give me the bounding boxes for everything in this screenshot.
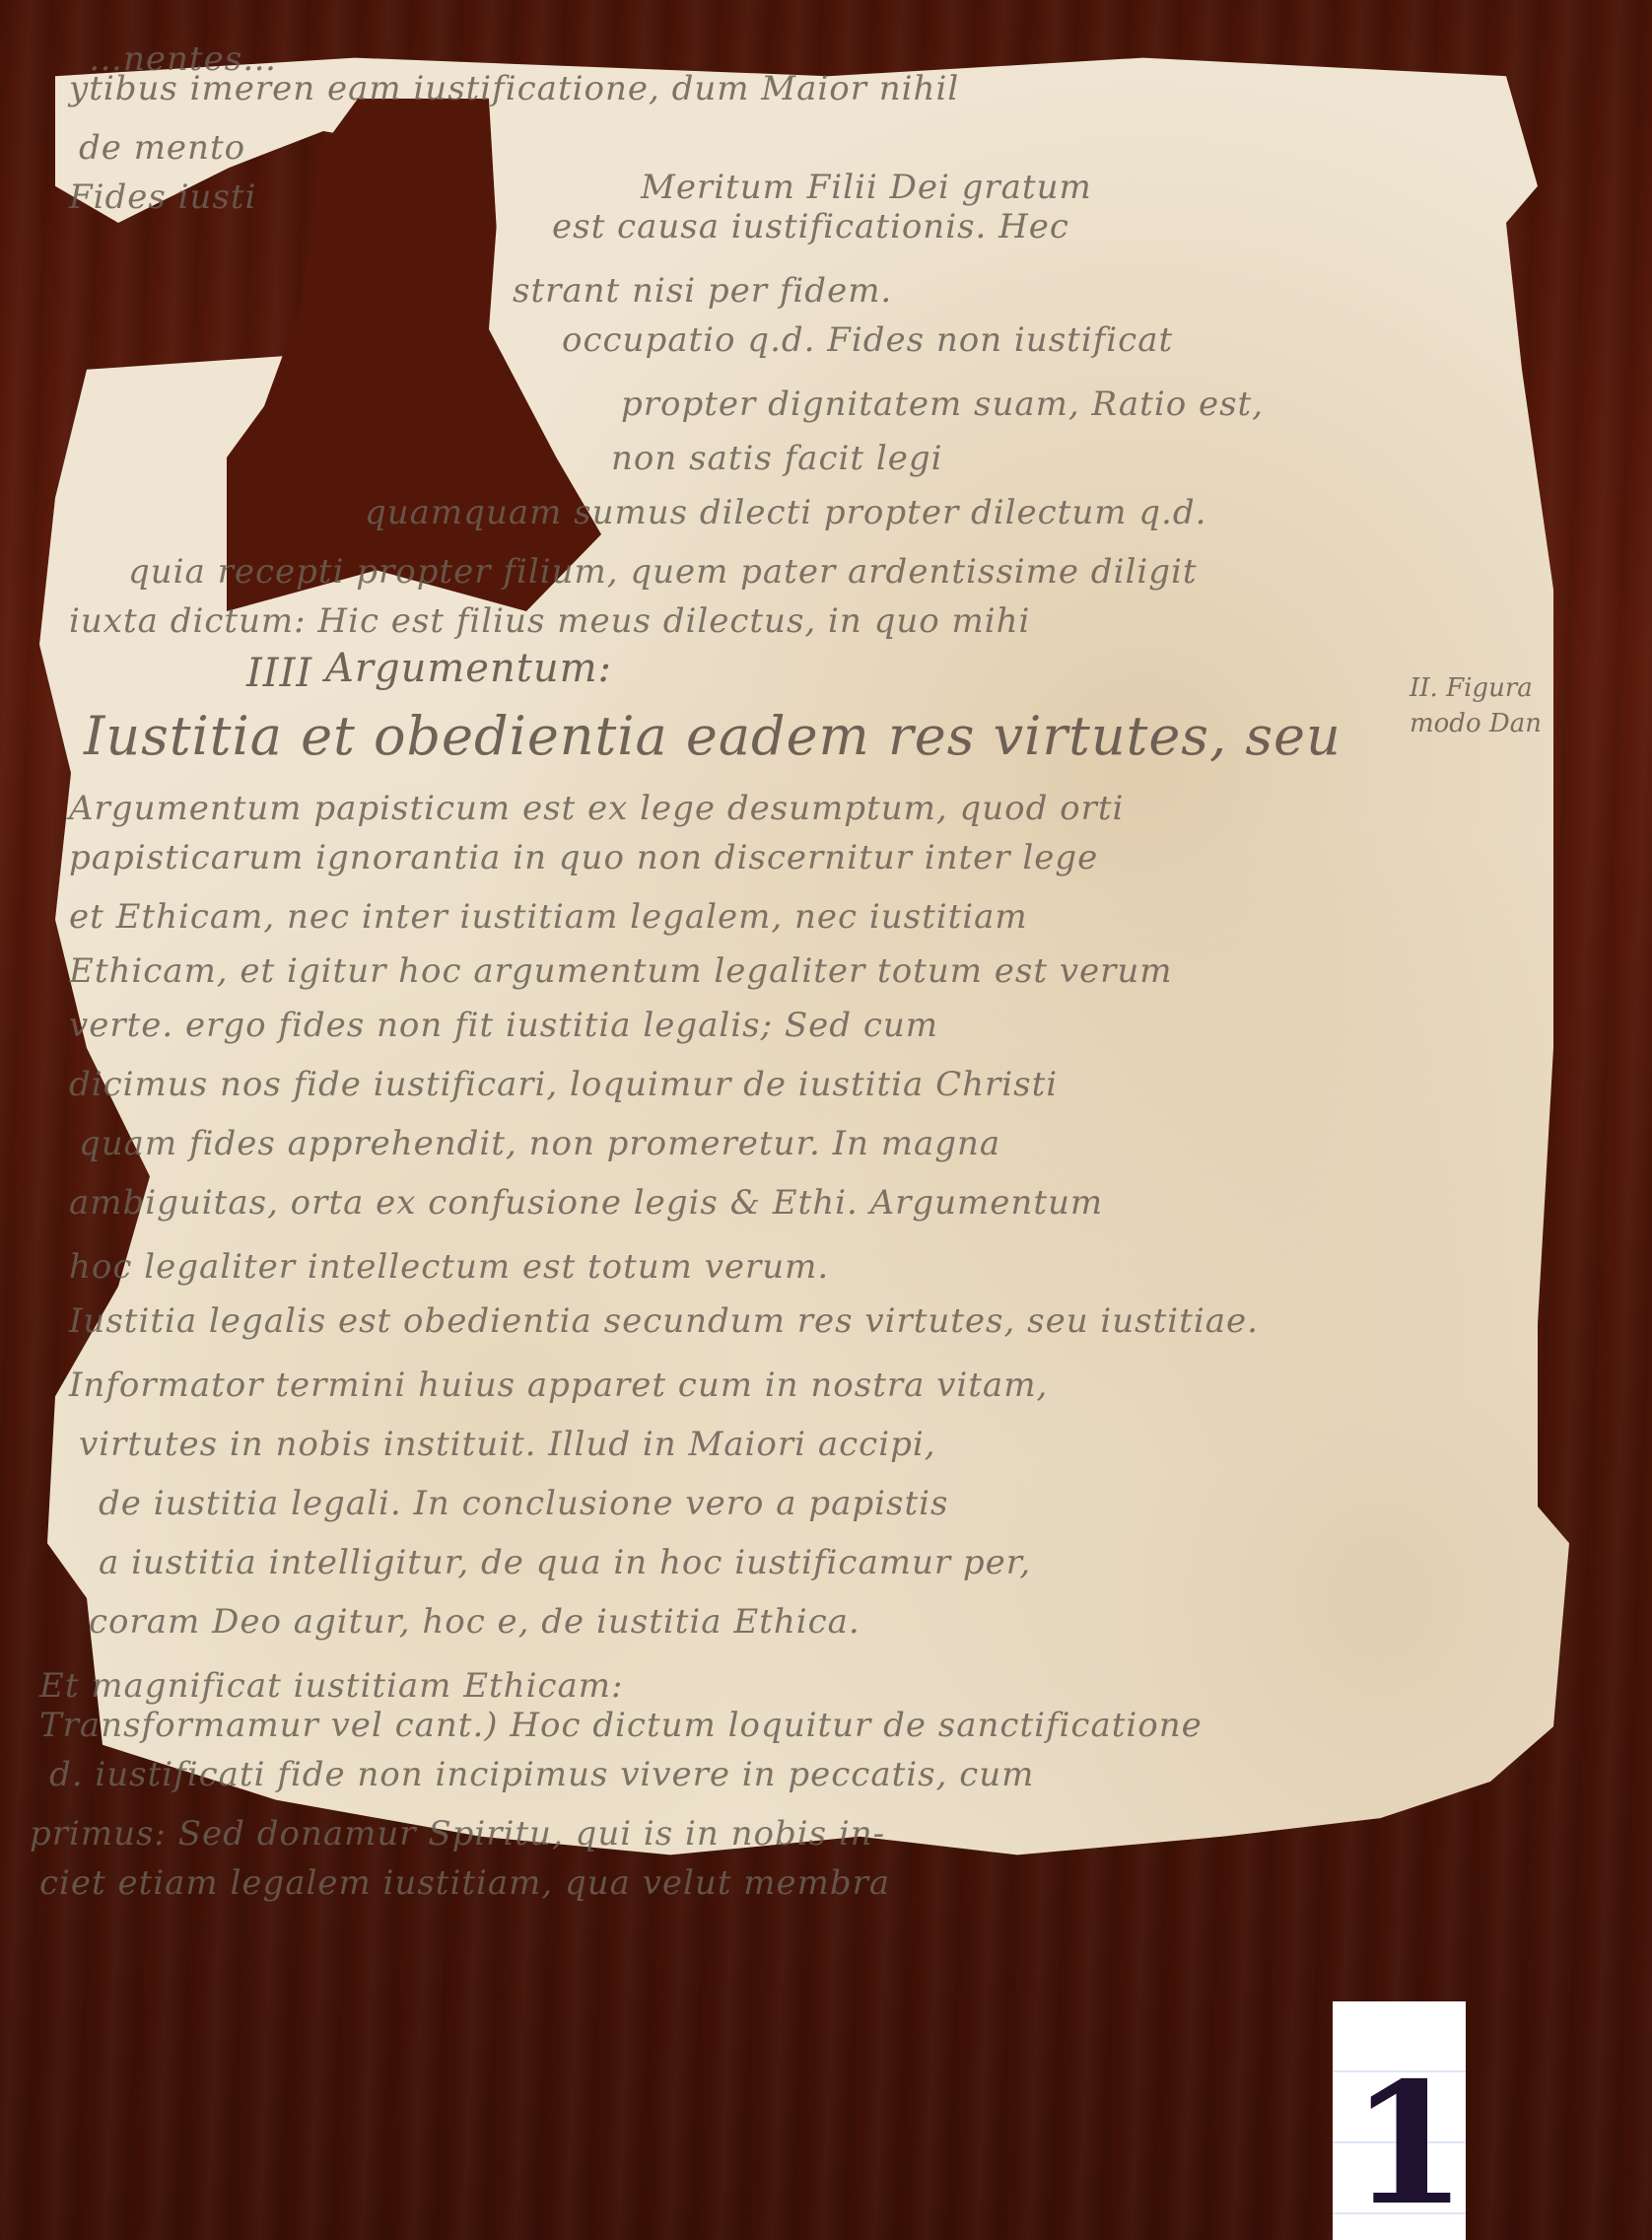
margin-note-line: II. Figura [1410,670,1542,706]
manuscript-line: verte. ergo fides non fit iustitia legal… [69,1006,938,1045]
manuscript-line: Fides iusti [69,177,256,217]
title-line: Iustitia et obedientia eadem res virtute… [84,705,1342,767]
page-number: 1 [1350,2046,1449,2240]
manuscript-line: ytibus imeren eam iustificatione, dum Ma… [69,69,959,108]
manuscript-line: ambiguitas, orta ex confusione legis & E… [69,1183,1103,1223]
manuscript-line: occupatio q.d. Fides non iustificat [562,320,1173,360]
heading-numeral: IIII [246,651,312,696]
manuscript-line: coram Deo agitur, hoc e, de iustitia Eth… [89,1602,860,1642]
manuscript-line: Et magnificat iustitiam Ethicam: [39,1666,623,1706]
margin-note: II. Figura modo Dan [1410,670,1542,741]
manuscript-line: de mento [79,128,245,168]
manuscript-line: est causa iustificationis. Hec [552,207,1069,246]
manuscript-line: de iustitia legali. In conclusione vero … [99,1484,948,1523]
manuscript-line: ciet etiam legalem iustitiam, qua velut … [39,1863,890,1903]
manuscript-line: propter dignitatem suam, Ratio est, [621,385,1264,424]
manuscript-line: Iustitia legalis est obedientia secundum… [69,1301,1259,1341]
manuscript-line: Transformamur vel cant.) Hoc dictum loqu… [39,1706,1203,1745]
manuscript-line: Meritum Filii Dei gratum [641,168,1092,207]
manuscript-line: non satis facit legi [611,439,942,478]
manuscript-line: hoc legaliter intellectum est totum veru… [69,1247,829,1287]
manuscript-line: a iustitia intelligitur, de qua in hoc i… [99,1543,1031,1582]
manuscript-line: primus: Sed donamur Spiritu, qui is in n… [30,1814,885,1854]
manuscript-line: quam fides apprehendit, non promeretur. … [79,1124,1000,1163]
manuscript-line: quia recepti propter filium, quem pater … [128,552,1198,592]
manuscript-line: d. iustificati fide non incipimus vivere… [49,1755,1034,1794]
manuscript-line: Informator termini huius apparet cum in … [69,1365,1048,1405]
manuscript-line: dicimus nos fide iustificari, loquimur d… [69,1065,1058,1104]
heading: Argumentum: [325,646,612,691]
manuscript-line: quamquam sumus dilecti propter dilectum … [365,493,1206,532]
manuscript-line: strant nisi per fidem. [513,271,892,311]
manuscript-line: et Ethicam, nec inter iustitiam legalem,… [69,897,1028,937]
manuscript-line: iuxta dictum: Hic est filius meus dilect… [69,601,1030,641]
manuscript-line: papisticarum ignorantia in quo non disce… [69,838,1098,877]
manuscript-line: Ethicam, et igitur hoc argumentum legali… [69,951,1173,991]
manuscript-line: virtutes in nobis instituit. Illud in Ma… [79,1425,936,1464]
margin-note-line: modo Dan [1410,706,1542,741]
manuscript-line: Argumentum papisticum est ex lege desump… [69,789,1124,828]
